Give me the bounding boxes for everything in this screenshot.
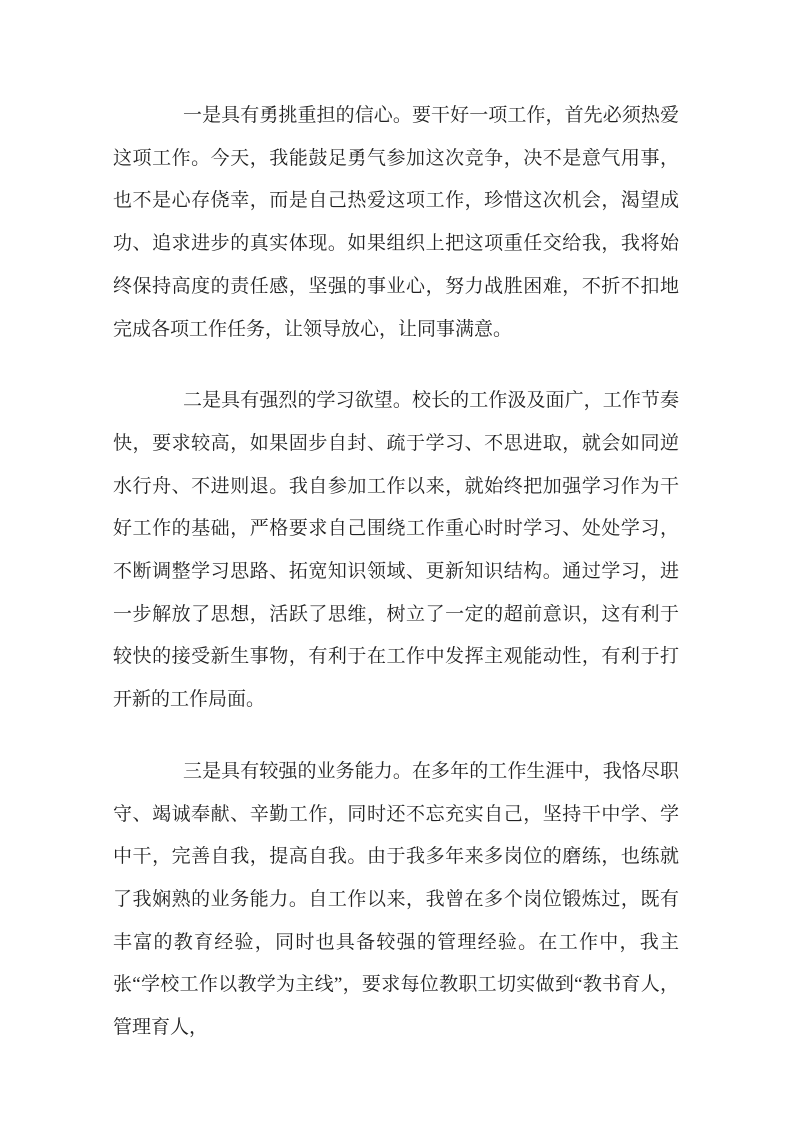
- paragraph-professional-ability: 三是具有较强的业务能力。在多年的工作生涯中，我恪尽职守、竭诚奉献、辛勤工作，同时…: [113, 751, 679, 1050]
- paragraph-learning-desire: 二是具有强烈的学习欲望。校长的工作汲及面广，工作节奏快，要求较高，如果固步自封、…: [113, 380, 679, 722]
- paragraph-confidence: 一是具有勇挑重担的信心。要干好一项工作，首先必须热爱这项工作。今天，我能鼓足勇气…: [113, 95, 679, 351]
- document-body: 一是具有勇挑重担的信心。要干好一项工作，首先必须热爱这项工作。今天，我能鼓足勇气…: [113, 95, 679, 1050]
- document-page: 一是具有勇挑重担的信心。要干好一项工作，首先必须热爱这项工作。今天，我能鼓足勇气…: [0, 0, 793, 1122]
